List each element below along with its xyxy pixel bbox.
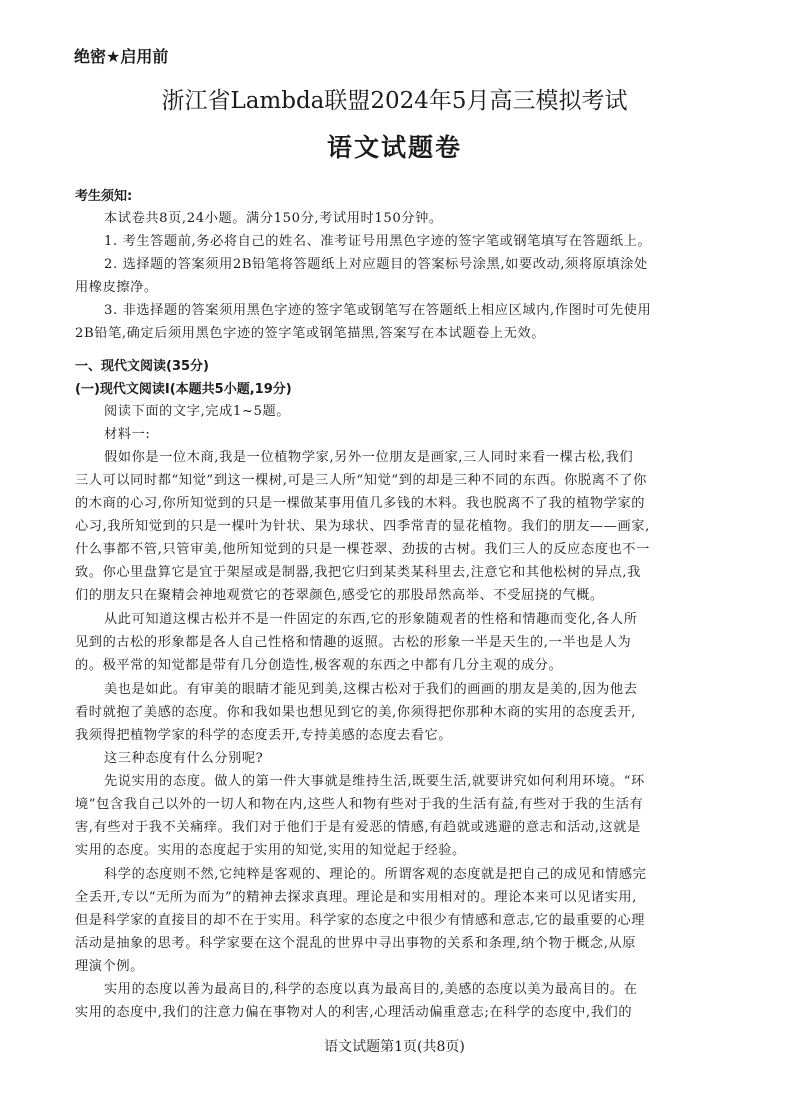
notice-line: 1. 考生答题前,务必将自己的姓名、准考证号用黑色字迹的签字笔或钢笔填写在答题纸… [104,231,744,253]
notice-heading: 考生须知: [75,186,715,208]
passage-line: 先说实用的态度。做人的第一件大事就是维持生活,既要生活,就要讲究如何利用环境。“… [104,771,744,793]
passage-line: 实用的态度。实用的态度起于实用的知觉,实用的知觉起于经验。 [75,840,715,862]
passage-line: 的。极平常的知觉都是带有几分创造性,极客观的东西之中都有几分主观的成分。 [75,655,715,677]
passage-line: 活动是抽象的思考。科学家要在这个混乱的世界中寻出事物的关系和条理,纳个物于概念,… [75,933,715,955]
passage-line: 心习,我所知觉到的只是一棵叶为针状、果为球状、四季常青的显花植物。我们的朋友——… [75,516,715,538]
notice-line: 2B铅笔,确定后须用黑色字迹的签字笔或钢笔描黑,答案写在本试题卷上无效。 [75,323,715,345]
passage-line: 三人可以同时都“知觉”到这一棵树,可是三人所“知觉”到的却是三种不同的东西。你脱… [75,470,715,492]
passage-line: 全丢开,专以“无所为而为”的精神去探求真理。理论是和实用相对的。理论本来可以见诸… [75,887,715,909]
passage-line: 致。你心里盘算它是宜于架屋或是制器,我把它归到某类某科里去,注意它和其他松树的异… [75,562,715,584]
notice-line: 用橡皮擦净。 [75,277,715,299]
passage-line: 见到的古松的形象都是各人自己性格和情趣的返照。古松的形象一半是天生的,一半也是人… [75,632,715,654]
section-subheading: (一)现代文阅读Ⅰ(本题共5小题,19分) [75,379,715,401]
section-heading: 一、现代文阅读(35分) [75,356,715,378]
notice-line: 3. 非选择题的答案须用黑色字迹的签字笔或钢笔写在答题纸上相应区域内,作图时可先… [104,300,744,322]
notice-line: 本试卷共8页,24小题。满分150分,考试用时150分钟。 [104,208,744,230]
confidential-label: 绝密★启用前 [74,44,168,67]
page-footer: 语文试题第1页(共8页) [0,1036,789,1056]
passage-line: 们的朋友只在聚精会神地观赏它的苍翠颜色,感受它的那股昂然高举、不受屈挠的气概。 [75,585,715,607]
passage-line: 看时就抱了美感的态度。你和我如果也想见到它的美,你须得把你那种木商的实用的态度丢… [75,702,715,724]
passage-line: 科学的态度则不然,它纯粹是客观的、理论的。所谓客观的态度就是把自己的成见和情感完 [104,864,744,886]
passage-line: 这三种态度有什么分别呢? [104,748,744,770]
passage-line: 从此可知道这棵古松并不是一件固定的东西,它的形象随观者的性格和情趣而变化,各人所 [104,609,744,631]
exam-subtitle: 语文试题卷 [0,128,789,164]
passage-line: 我须得把植物学家的科学的态度丢开,专持美感的态度去看它。 [75,725,715,747]
passage-line: 的木商的心习,你所知觉到的只是一棵做某事用值几多钱的木料。我也脱离不了我的植物学… [75,493,715,515]
passage-line: 美也是如此。有审美的眼睛才能见到美,这棵古松对于我们的画画的朋友是美的,因为他去 [104,679,744,701]
passage-line: 害,有些对于我不关痛痒。我们对于他们于是有爱恶的情感,有趋就或逃避的意志和活动,… [75,817,715,839]
section-instruction: 阅读下面的文字,完成1~5题。 [104,401,744,423]
exam-page: 绝密★启用前 浙江省Lambda联盟2024年5月高三模拟考试 语文试题卷 考生… [0,0,789,1099]
passage-line: 什么事都不管,只管审美,他所知觉到的只是一棵苍翠、劲拔的古树。我们三人的反应态度… [75,539,715,561]
passage-line: 假如你是一位木商,我是一位植物学家,另外一位朋友是画家,三人同时来看一棵古松,我… [104,447,744,469]
passage-line: 实用的态度以善为最高目的,科学的态度以真为最高目的,美感的态度以美为最高目的。在 [104,979,744,1001]
passage-line: 理演个例。 [75,956,715,978]
exam-title: 浙江省Lambda联盟2024年5月高三模拟考试 [0,82,789,115]
passage-line: 但是科学家的直接目的却不在于实用。科学家的态度之中很少有情感和意志,它的最重要的… [75,910,715,932]
notice-line: 2. 选择题的答案须用2B铅笔将答题纸上对应题目的答案标号涂黑,如要改动,须将原… [104,254,744,276]
passage-line: 实用的态度中,我们的注意力偏在事物对人的利害,心理活动偏重意志;在科学的态度中,… [75,1002,715,1024]
material-label: 材料一: [104,424,744,446]
passage-line: 境”包含我自己以外的一切人和物在内,这些人和物有些对于我的生活有益,有些对于我的… [75,794,715,816]
